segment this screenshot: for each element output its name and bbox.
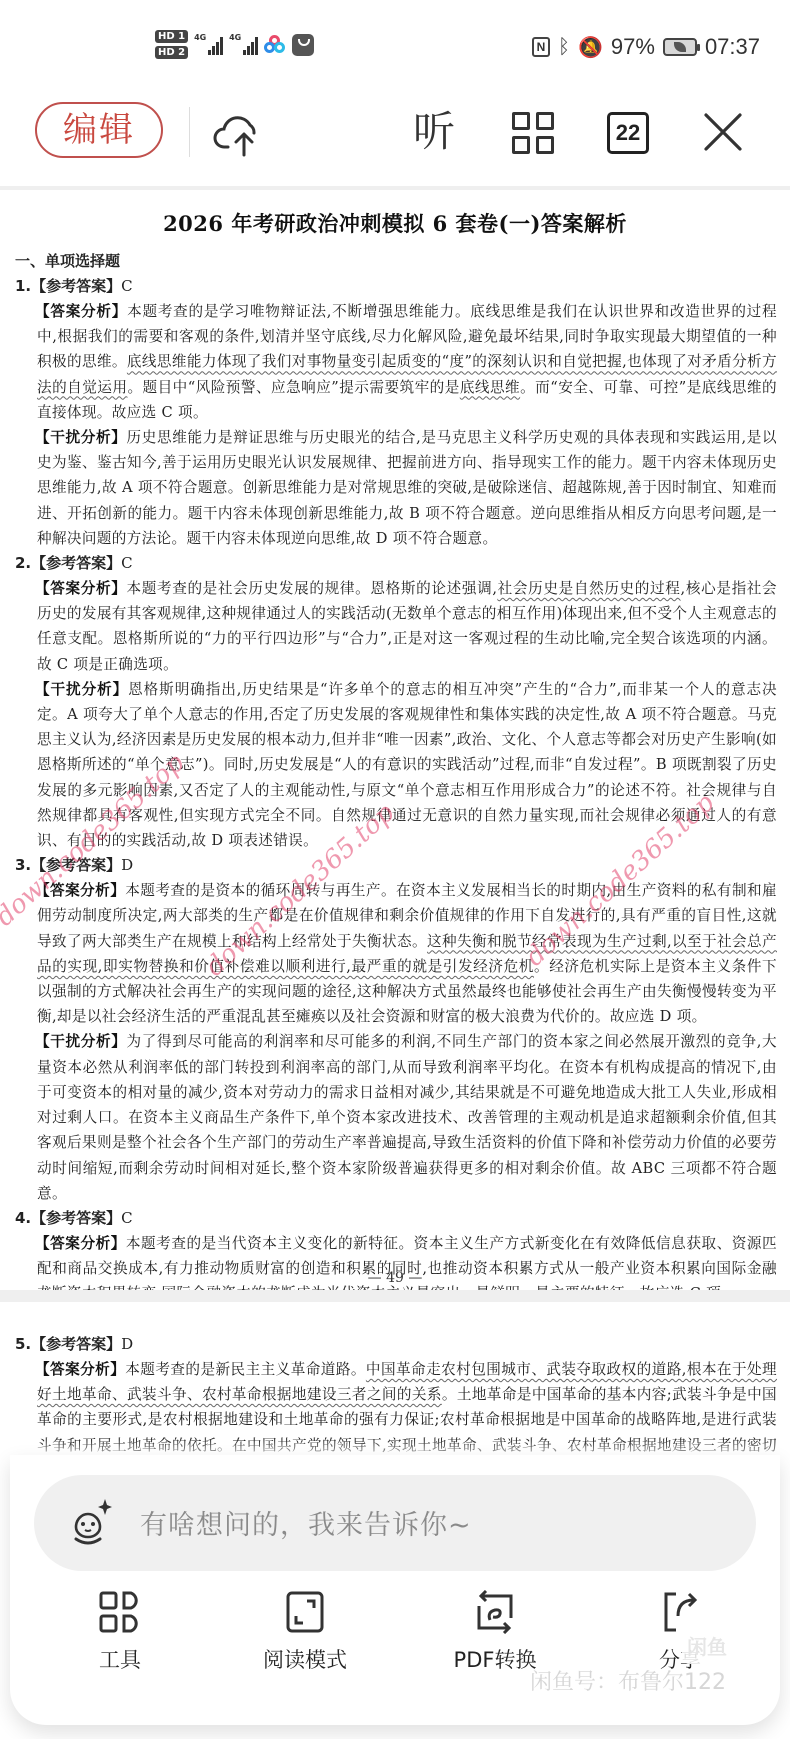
status-right: N ᛒ 🔕 97% 07:37 (532, 34, 760, 60)
page-count-button[interactable]: 22 (607, 112, 649, 154)
baidu-cloud-icon (264, 35, 286, 55)
question-3-analysis: 【答案分析】本题考查的是资本的循环周转与再生产。在资本主义发展相当长的时期内,由… (15, 878, 777, 1029)
xianyu-watermark-text: 闲鱼号：布鲁尔122 (530, 1665, 726, 1696)
question-2-distractor: 【干扰分析】恩格斯明确指出,历史结果是“许多单个的意志的相互冲突”产生的“合力”… (15, 677, 777, 853)
nfc-icon: N (532, 37, 550, 57)
question-1-analysis: 【答案分析】本题考查的是学习唯物辩证法,不断增强思维能力。底线思维是我们在认识世… (15, 299, 777, 425)
document-title: 2026 年考研政治冲刺模拟 6 套卷(一)答案解析 (0, 208, 790, 238)
battery-percent: 97% (611, 34, 655, 60)
thumbnails-grid-icon[interactable] (512, 112, 554, 154)
share-icon (658, 1590, 702, 1634)
tools-button[interactable]: 工具 (50, 1590, 190, 1674)
signal-2-icon: 4G (229, 35, 258, 55)
page-gap (0, 1290, 790, 1302)
pdf-convert-icon (473, 1590, 517, 1634)
pdf-page-49: 2026 年考研政治冲刺模拟 6 套卷(一)答案解析 一、单项选择题 1.【参考… (0, 190, 790, 1290)
question-2-analysis: 【答案分析】本题考查的是社会历史发展的规律。恩格斯的论述强调,社会历史是自然历史… (15, 576, 777, 677)
question-3-answer: 3.【参考答案】D (15, 853, 777, 878)
cloud-upload-icon[interactable] (212, 109, 264, 159)
clock: 07:37 (705, 34, 760, 60)
status-left: HD 1 HD 2 4G 4G (155, 30, 314, 59)
tools-icon (98, 1590, 142, 1634)
question-2-answer: 2.【参考答案】C (15, 551, 777, 576)
question-4-answer: 4.【参考答案】C (15, 1206, 777, 1231)
pdf-convert-button[interactable]: PDF转换 (425, 1590, 565, 1674)
battery-icon (663, 38, 697, 56)
ai-ask-input[interactable]: 有啥想问的，我来告诉你~ (34, 1475, 756, 1571)
reader-toolbar: 编辑 听 22 (0, 95, 790, 175)
toolbar-divider (189, 107, 190, 157)
question-1-answer: 1.【参考答案】C (15, 274, 777, 299)
ai-ask-placeholder: 有啥想问的，我来告诉你~ (140, 1503, 472, 1542)
xianyu-watermark-badge: 闲鱼 (682, 1630, 732, 1664)
document-body: 1.【参考答案】C 【答案分析】本题考查的是学习唯物辩证法,不断增强思维能力。底… (15, 274, 777, 1332)
signal-1-icon: 4G (194, 35, 223, 55)
question-3-distractor: 【干扰分析】为了得到尽可能高的利润率和尽可能多的利润,不同生产部门的资本家之间必… (15, 1029, 777, 1205)
bluetooth-icon: ᛒ (558, 36, 570, 59)
listen-button[interactable]: 听 (413, 107, 455, 157)
edit-button[interactable]: 编辑 (35, 102, 163, 158)
question-1-distractor: 【干扰分析】历史思维能力是辩证思维与历史眼光的结合,是马克思主义科学历史观的具体… (15, 425, 777, 551)
status-bar: HD 1 HD 2 4G 4G N ᛒ 🔕 97% 07:37 (0, 0, 790, 90)
shopping-bag-icon (292, 34, 314, 56)
reading-mode-icon (283, 1590, 327, 1634)
question-5-answer: 5.【参考答案】D (15, 1332, 777, 1357)
hd-sim2-icon: HD 2 (155, 46, 188, 59)
hd-sim1-icon: HD 1 (155, 30, 188, 43)
page-number: — 49 — (0, 1270, 790, 1286)
mute-bell-icon: 🔕 (578, 35, 603, 60)
close-icon[interactable] (700, 109, 746, 155)
section-heading: 一、单项选择题 (15, 250, 120, 271)
reading-mode-button[interactable]: 阅读模式 (235, 1590, 375, 1674)
ai-assistant-icon (64, 1497, 112, 1549)
